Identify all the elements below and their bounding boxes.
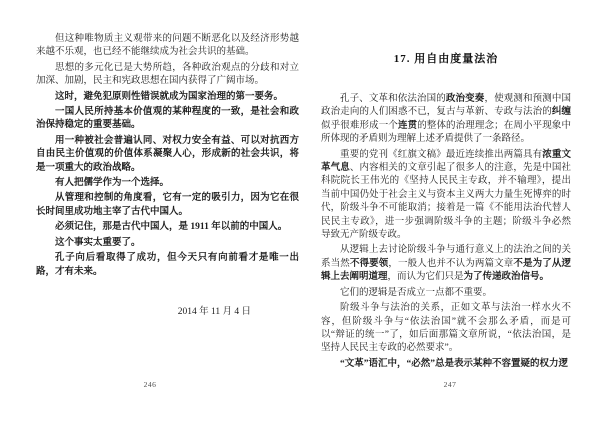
page-left: 但这种唯物质主义观带来的问题不断恶化以及经济形势越来越不乐观，也已经不能继续成为… bbox=[0, 0, 300, 421]
right-text-column: 17. 用自由度量法治 孔子、文革和依法治国的政治变奏，使观测和预测中国政治走向… bbox=[321, 50, 571, 373]
text-run: 思想的多元化已是大势所趋，各种政治观点的分歧和对立加深、加剧，民主和宪政思想在国… bbox=[36, 63, 299, 86]
text-run: ，而认为它们只是 bbox=[388, 272, 464, 282]
paragraph: 这个事实太重要了。 bbox=[36, 237, 299, 250]
paragraph: 从逻辑上去讨论阶级斗争与通行意义上的法治之间的关系当然不得要领，一般人也并不认为… bbox=[321, 244, 571, 284]
right-paragraphs: 孔子、文革和依法治国的政治变奏，使观测和预测中国政治走向的人们困惑不已，复古与革… bbox=[321, 93, 571, 371]
chapter-title: 17. 用自由度量法治 bbox=[321, 50, 571, 66]
paragraph: 孔子、文革和依法治国的政治变奏，使观测和预测中国政治走向的人们困惑不已，复古与革… bbox=[321, 93, 571, 147]
text-run: 用一种被社会普遍认同、对权力安全有益、可以对抗西方自由民主价值观的价值体系凝聚人… bbox=[36, 136, 299, 173]
text-run: 有人把儒学作为一个选择。 bbox=[55, 178, 169, 188]
paragraph: 用一种被社会普遍认同、对权力安全有益、可以对抗西方自由民主价值观的价值体系凝聚人… bbox=[36, 135, 299, 175]
bold-text-run: 连贯 bbox=[398, 121, 417, 131]
text-run: ，一般人也并不认为两篇文章 bbox=[388, 259, 513, 269]
paragraph: 阶级斗争与法治的关系，正如文革与法治一样水火不容，但阶级斗争与“依法治国”就不会… bbox=[321, 302, 571, 356]
bold-text-run: 不得要领 bbox=[350, 259, 388, 269]
paragraph: 孔子向后看取得了成功，但今天只有向前看才是唯一出路，才有未来。 bbox=[36, 252, 299, 279]
paragraph: “文革”语汇中，“必然”总是表示某种不容置疑的权力逻 bbox=[321, 358, 571, 371]
text-run: 一国人民所持基本价值观的某种程度的一致，是社会和政治保持稳定的重要基础。 bbox=[36, 107, 299, 130]
text-run: 孔子、文革和依法治国的 bbox=[340, 94, 446, 104]
paragraph: 但这种唯物质主义观带来的问题不断恶化以及经济形势越来越不乐观，也已经不能继续成为… bbox=[36, 33, 299, 60]
bold-text-run: 为了传递政治信号。 bbox=[464, 272, 550, 282]
text-run: 孔子向后看取得了成功，但今天只有向前看才是唯一出路，才有未来。 bbox=[36, 253, 299, 276]
paragraph: 重要的党刊《红旗文稿》最近连续推出两篇具有浓重文革气息、内容相关的文章引起了很多… bbox=[321, 149, 571, 243]
text-run: 2014 年 11 月 4 日 bbox=[178, 307, 251, 317]
bold-text-run: 纠缠 bbox=[552, 107, 571, 117]
paragraph: 思想的多元化已是大势所趋，各种政治观点的分歧和对立加深、加剧，民主和宪政思想在国… bbox=[36, 62, 299, 89]
text-run: 阶级斗争与法治的关系，正如文革与法治一样水火不容，但阶级斗争与“依法治国”就不会… bbox=[321, 303, 571, 353]
left-text-column: 但这种唯物质主义观带来的问题不断恶化以及经济形势越来越不乐观，也已经不能继续成为… bbox=[36, 33, 299, 321]
text-run: 、内容相关的文章引起了很多人的注意，先是中国社科院院长王伟光的《坚持人民民主专政… bbox=[321, 163, 571, 240]
text-run: 但这种唯物质主义观带来的问题不断恶化以及经济形势越来越不乐观，也已经不能继续成为… bbox=[36, 34, 299, 57]
text-run: “文革”语汇中，“必然”总是表示某种不容置疑的权力逻 bbox=[340, 359, 568, 369]
page-right: 17. 用自由度量法治 孔子、文革和依法治国的政治变奏，使观测和预测中国政治走向… bbox=[300, 0, 600, 421]
book-spread: 但这种唯物质主义观带来的问题不断恶化以及经济形势越来越不乐观，也已经不能继续成为… bbox=[0, 0, 600, 421]
paragraph: 它们的逻辑是否成立一点都不重要。 bbox=[321, 287, 571, 300]
text-run: 似乎很难形成一个 bbox=[321, 121, 398, 131]
text-run: 这时，避免犯原则性错误就成为国家治理的第一要务。 bbox=[55, 92, 283, 102]
paragraph: 从管理和控制的角度看，它有一定的吸引力，因为它在很长时间里成功地主宰了古代中国人… bbox=[36, 192, 299, 219]
paragraph: 有人把儒学作为一个选择。 bbox=[36, 177, 299, 190]
paragraph: 这时，避免犯原则性错误就成为国家治理的第一要务。 bbox=[36, 91, 299, 104]
text-run: 从管理和控制的角度看，它有一定的吸引力，因为它在很长时间里成功地主宰了古代中国人… bbox=[36, 193, 299, 216]
text-run: 重要的党刊《红旗文稿》最近连续推出两篇具有 bbox=[340, 150, 542, 160]
paragraph: 一国人民所持基本价值观的某种程度的一致，是社会和政治保持稳定的重要基础。 bbox=[36, 106, 299, 133]
text-run: 这个事实太重要了。 bbox=[55, 238, 141, 248]
date-line: 2014 年 11 月 4 日 bbox=[36, 306, 299, 319]
text-run: 必须记住，那是古代中国人，是 1911 年以前的中国人。 bbox=[55, 222, 287, 232]
paragraph: 必须记住，那是古代中国人，是 1911 年以前的中国人。 bbox=[36, 221, 299, 234]
left-page-number: 246 bbox=[0, 380, 300, 389]
bold-text-run: 政治变奏 bbox=[446, 94, 485, 104]
right-page-number: 247 bbox=[300, 380, 600, 389]
text-run: 它们的逻辑是否成立一点都不重要。 bbox=[340, 288, 492, 298]
